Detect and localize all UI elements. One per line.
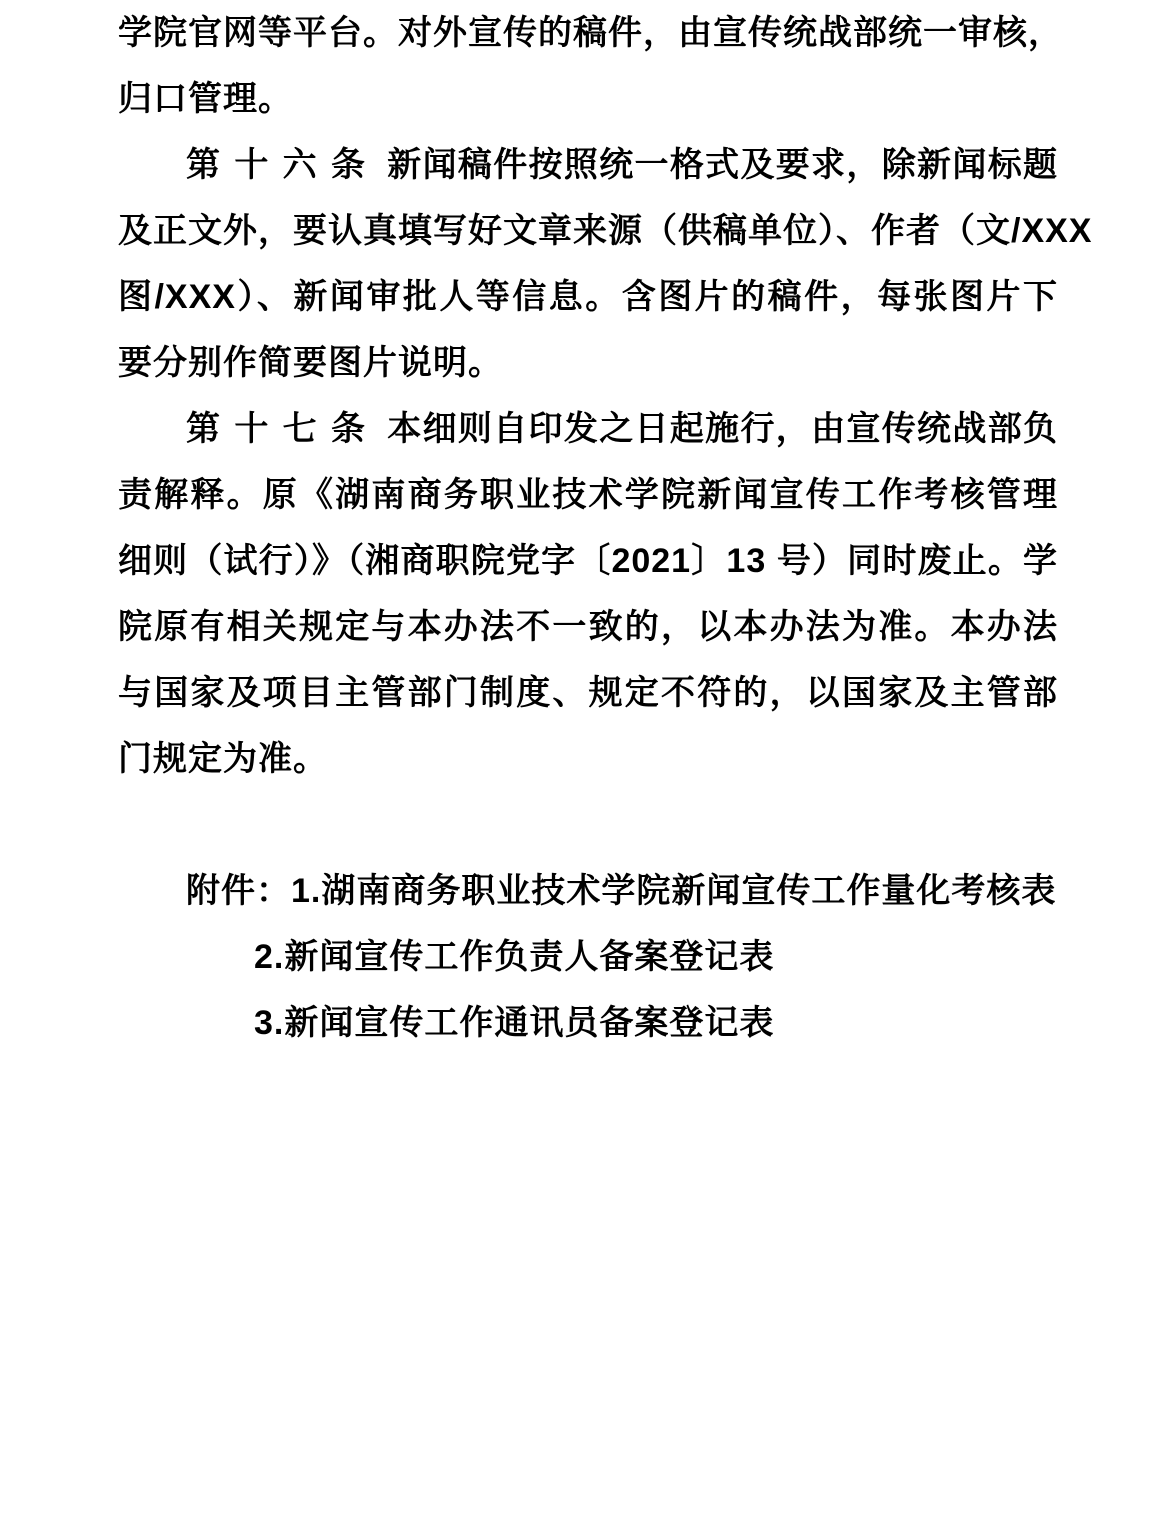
article-line: 第十七条本细则自印发之日起施行，由宣传统战部负 — [118, 396, 1058, 462]
line-text: 门规定为准。 — [118, 740, 328, 778]
line-text: 及正文外，要认真填写好文章来源（供稿单位）、作者（文/XXX — [118, 212, 1092, 250]
line-text: 归口管理。 — [118, 80, 293, 118]
text-line: 院原有相关规定与本办法不一致的，以本办法为准。本办法 — [118, 594, 1058, 660]
article-line: 第十六条新闻稿件按照统一格式及要求，除新闻标题 — [118, 132, 1058, 198]
line-text: 2.新闻宣传工作负责人备案登记表 — [254, 938, 774, 976]
line-text: 学院官网等平台。对外宣传的稿件，由宣传统战部统一审核， — [118, 14, 1063, 52]
text-line: 图/XXX）、新闻审批人等信息。含图片的稿件，每张图片下 — [118, 264, 1058, 330]
line-text: 本细则自印发之日起施行，由宣传统战部负 — [387, 410, 1058, 448]
attachment-line: 附件：1.湖南商务职业技术学院新闻宣传工作量化考核表 — [118, 858, 1058, 924]
text-line: 及正文外，要认真填写好文章来源（供稿单位）、作者（文/XXX — [118, 198, 1058, 264]
line-text: 要分别作简要图片说明。 — [118, 344, 503, 382]
text-line: 学院官网等平台。对外宣传的稿件，由宣传统战部统一审核， — [118, 0, 1058, 66]
text-line: 与国家及项目主管部门制度、规定不符的，以国家及主管部 — [118, 660, 1058, 726]
article-number: 第十六条 — [186, 147, 379, 184]
attachment-line: 2.新闻宣传工作负责人备案登记表 — [118, 924, 1058, 990]
text-line: 门规定为准。 — [118, 726, 1058, 792]
article-number: 第十七条 — [186, 411, 379, 448]
text-line: 归口管理。 — [118, 66, 1058, 132]
spacer-line — [118, 792, 1058, 858]
text-line: 细则（试行）》（湘商职院党字〔2021〕13 号）同时废止。学 — [118, 528, 1058, 594]
attachment-line: 3.新闻宣传工作通讯员备案登记表 — [118, 990, 1058, 1056]
line-text: 责解释。原《湖南商务职业技术学院新闻宣传工作考核管理 — [118, 476, 1058, 514]
line-text: 图/XXX）、新闻审批人等信息。含图片的稿件，每张图片下 — [118, 278, 1058, 316]
line-text: 附件：1.湖南商务职业技术学院新闻宣传工作量化考核表 — [186, 872, 1056, 910]
line-text: 新闻稿件按照统一格式及要求，除新闻标题 — [387, 146, 1058, 184]
text-line: 要分别作简要图片说明。 — [118, 330, 1058, 396]
line-text: 3.新闻宣传工作通讯员备案登记表 — [254, 1004, 774, 1042]
line-text: 细则（试行）》（湘商职院党字〔2021〕13 号）同时废止。学 — [118, 542, 1058, 580]
line-text: 院原有相关规定与本办法不一致的，以本办法为准。本办法 — [118, 608, 1058, 646]
line-text: 与国家及项目主管部门制度、规定不符的，以国家及主管部 — [118, 674, 1058, 712]
text-line: 责解释。原《湖南商务职业技术学院新闻宣传工作考核管理 — [118, 462, 1058, 528]
document-page: 学院官网等平台。对外宣传的稿件，由宣传统战部统一审核，归口管理。第十六条新闻稿件… — [0, 0, 1172, 1538]
document-content: 学院官网等平台。对外宣传的稿件，由宣传统战部统一审核，归口管理。第十六条新闻稿件… — [118, 0, 1058, 1056]
